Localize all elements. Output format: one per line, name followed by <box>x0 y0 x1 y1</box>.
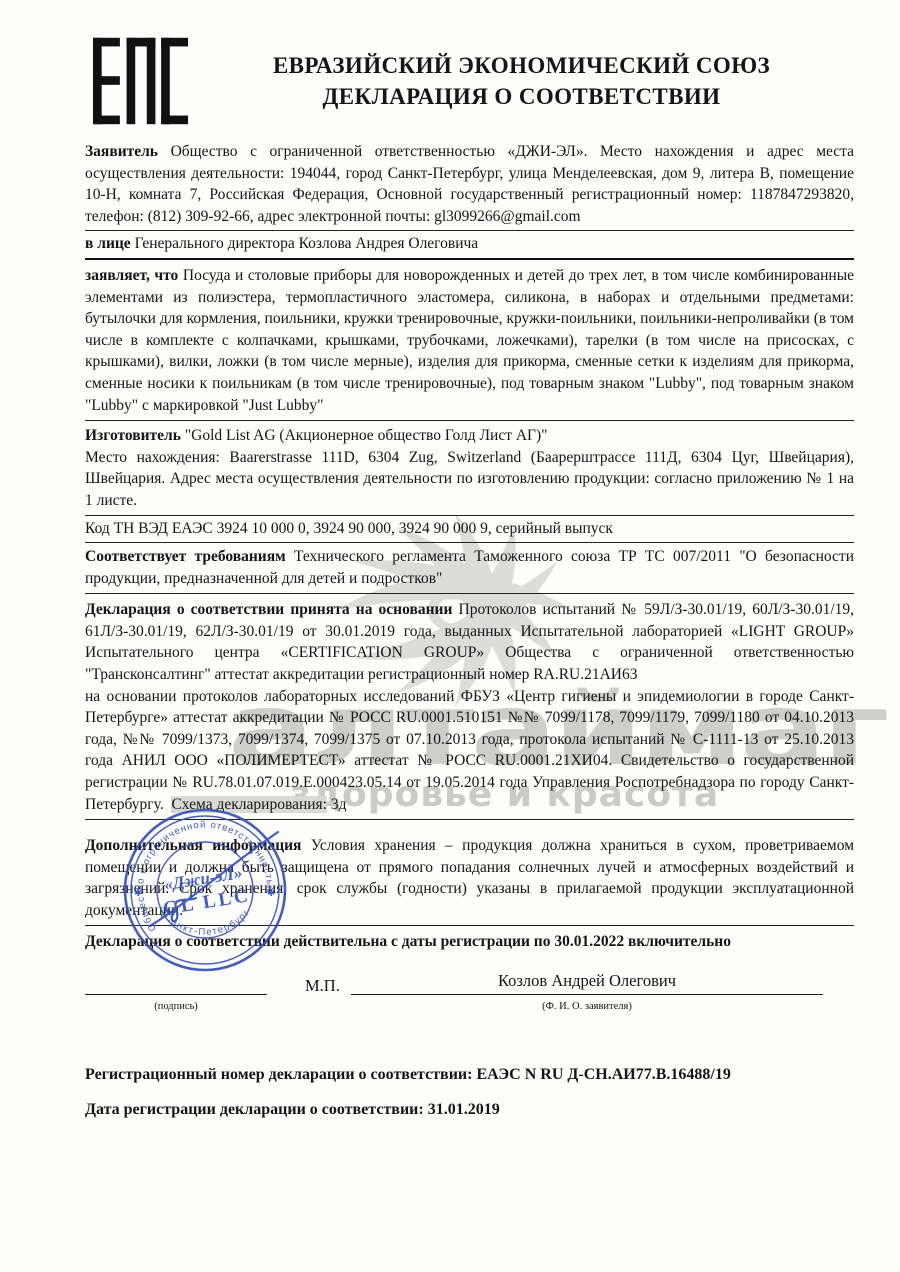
section-manufacturer: Изготовитель "Gold List AG (Акционерное … <box>85 421 854 515</box>
document-header: ЕВРАЗИЙСКИЙ ЭКОНОМИЧЕСКИЙ СОЮЗ ДЕКЛАРАЦИ… <box>85 36 854 126</box>
person-text: Генерального директора Козлова Андрея Ол… <box>135 235 479 252</box>
registration-date-label: Дата регистрации декларации о соответств… <box>85 1101 424 1118</box>
declaration-document-page: алтаймаг здоровье и красота ЕВРАЗИЙСКИ <box>0 0 900 1272</box>
section-applicant: Заявитель Общество с ограниченной ответс… <box>85 139 854 230</box>
declaration-scheme-value: 3д <box>331 796 347 813</box>
declares-text: Посуда и столовые приборы для новорожден… <box>85 267 854 414</box>
stamp-place-label: М.П. <box>305 975 340 997</box>
eac-mark-icon <box>93 36 189 126</box>
document-title: ЕВРАЗИЙСКИЙ ЭКОНОМИЧЕСКИЙ СОЮЗ ДЕКЛАРАЦИ… <box>189 36 854 112</box>
signature-line <box>85 994 267 995</box>
signer-name-caption: (Ф. И. О. заявителя) <box>351 995 823 1018</box>
applicant-text: Общество с ограниченной ответственностью… <box>85 143 854 225</box>
compliance-label: Соответствует требованиям <box>85 548 286 565</box>
registration-date-line: Дата регистрации декларации о соответств… <box>85 1099 854 1121</box>
title-declaration: ДЕКЛАРАЦИЯ О СООТВЕТСТВИИ <box>189 81 854 112</box>
customs-code-text: Код ТН ВЭД ЕАЭС 3924 10 000 0, 3924 90 0… <box>85 518 854 540</box>
signer-name-block: Козлов Андрей Олегович (Ф. И. О. заявите… <box>351 970 823 1017</box>
applicant-label: Заявитель <box>85 143 158 160</box>
person-label: в лице <box>85 235 131 252</box>
company-stamp: Общество с ограниченной ответственностью… <box>116 806 294 976</box>
registration-date-value: 31.01.2019 <box>428 1101 500 1118</box>
registration-number-label: Регистрационный номер декларации о соотв… <box>85 1066 472 1083</box>
manufacturer-label: Изготовитель <box>85 427 181 444</box>
manufacturer-address: Место нахождения: Baarerstrasse 111D, 63… <box>85 447 854 512</box>
manufacturer-name: "Gold List AG (Акционерное общество Голд… <box>185 427 548 444</box>
signature-caption: (подпись) <box>85 996 267 1018</box>
declares-label: заявляет, что <box>85 267 178 284</box>
section-compliance: Соответствует требованиям Технического р… <box>85 543 854 594</box>
registration-number-line: Регистрационный номер декларации о соотв… <box>85 1064 854 1086</box>
section-basis: Декларация о соответствии принята на осн… <box>85 594 854 820</box>
stamp-star-right: ✱ <box>267 888 275 899</box>
stamp-star-left: ✱ <box>134 888 142 899</box>
signer-name: Козлов Андрей Олегович <box>351 970 823 992</box>
title-union: ЕВРАЗИЙСКИЙ ЭКОНОМИЧЕСКИЙ СОЮЗ <box>189 50 854 81</box>
section-declares: заявляет, что Посуда и столовые приборы … <box>85 260 854 421</box>
section-customs-code: Код ТН ВЭД ЕАЭС 3924 10 000 0, 3924 90 0… <box>85 516 854 544</box>
basis-text-2: на основании протоколов лабораторных исс… <box>85 688 854 813</box>
basis-label: Декларация о соответствии принята на осн… <box>85 601 452 618</box>
section-person: в лице Генерального директора Козлова Ан… <box>85 230 854 260</box>
registration-number-value: ЕАЭС N RU Д-CH.АИ77.В.16488/19 <box>476 1066 730 1083</box>
